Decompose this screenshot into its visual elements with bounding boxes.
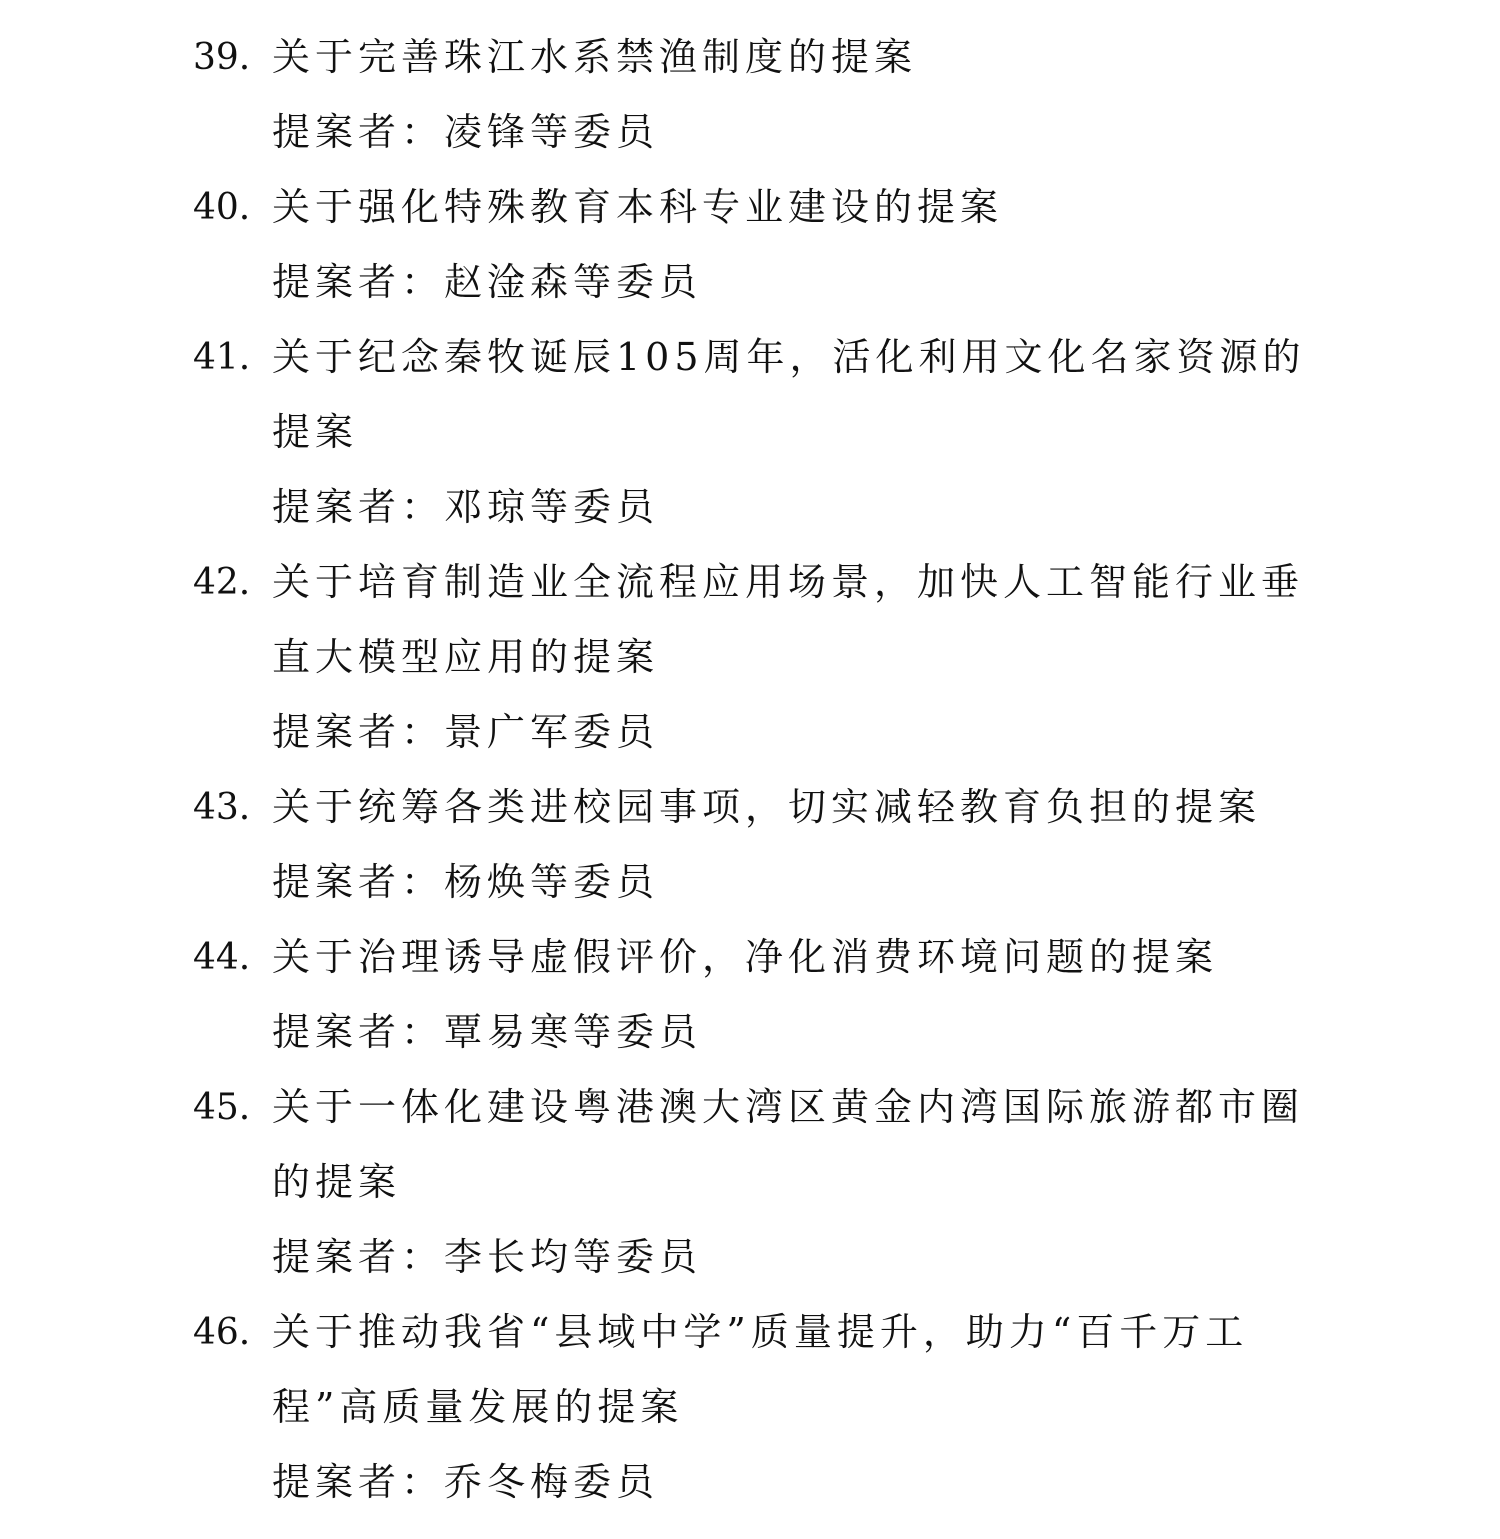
proposal-number: 39. [193,20,250,95]
proposal-title: 45. 关于一体化建设粤港澳大湾区黄金内湾国际旅游都市圈 [0,1070,1500,1145]
proposal-title-text: 关于完善珠江水系禁渔制度的提案 [272,20,917,95]
proposal-title-text: 程”高质量发展的提案 [272,1370,683,1445]
proposal-title-text: 关于一体化建设粤港澳大湾区黄金内湾国际旅游都市圈 [272,1070,1304,1145]
proposer-text: 提案者：邓琼等委员 [272,470,659,545]
proposal-title: 43. 关于统筹各类进校园事项，切实减轻教育负担的提案 [0,770,1500,845]
proposal-title-continuation: 直大模型应用的提案 [0,620,1500,695]
proposer-line: 提案者：乔冬梅委员 [0,1445,1500,1520]
proposer-text: 提案者：覃易寒等委员 [272,995,702,1070]
proposer-line: 提案者：赵淦森等委员 [0,245,1500,320]
proposer-line: 提案者：凌锋等委员 [0,95,1500,170]
proposal-title-continuation: 程”高质量发展的提案 [0,1370,1500,1445]
proposer-line: 提案者：邓琼等委员 [0,470,1500,545]
proposal-title-text: 关于推动我省“县域中学”质量提升，助力“百千万工 [272,1295,1248,1370]
proposal-number: 44. [193,920,250,995]
proposal-title-text: 直大模型应用的提案 [272,620,659,695]
proposal-title: 40. 关于强化特殊教育本科专业建设的提案 [0,170,1500,245]
proposer-line: 提案者：李长均等委员 [0,1220,1500,1295]
proposal-title: 39. 关于完善珠江水系禁渔制度的提案 [0,20,1500,95]
proposal-title-continuation: 提案 [0,395,1500,470]
proposal-title-text: 提案 [272,395,358,470]
proposer-text: 提案者：杨焕等委员 [272,845,659,920]
proposal-number: 43. [193,770,250,845]
proposal-title-text: 的提案 [272,1145,401,1220]
proposal-number: 42. [193,545,250,620]
proposer-text: 提案者：赵淦森等委员 [272,245,702,320]
proposal-number: 46. [193,1295,250,1370]
proposal-title-text: 关于治理诱导虚假评价，净化消费环境问题的提案 [272,920,1218,995]
proposer-text: 提案者：凌锋等委员 [272,95,659,170]
proposal-title: 46. 关于推动我省“县域中学”质量提升，助力“百千万工 [0,1295,1500,1370]
proposer-text: 提案者：乔冬梅委员 [272,1445,659,1520]
proposer-line: 提案者：景广军委员 [0,695,1500,770]
proposal-title-text: 关于统筹各类进校园事项，切实减轻教育负担的提案 [272,770,1261,845]
proposer-text: 提案者：景广军委员 [272,695,659,770]
proposal-title-continuation: 的提案 [0,1145,1500,1220]
proposal-number: 40. [193,170,250,245]
proposer-line: 提案者：杨焕等委员 [0,845,1500,920]
proposal-number: 41. [193,320,250,395]
proposal-title-text: 关于培育制造业全流程应用场景，加快人工智能行业垂 [272,545,1304,620]
proposer-text: 提案者：李长均等委员 [272,1220,702,1295]
proposal-title-text: 关于强化特殊教育本科专业建设的提案 [272,170,1003,245]
proposal-number: 45. [193,1070,250,1145]
proposal-list: 39. 关于完善珠江水系禁渔制度的提案 提案者：凌锋等委员 40. 关于强化特殊… [0,20,1500,1520]
proposer-line: 提案者：覃易寒等委员 [0,995,1500,1070]
proposal-title-text: 关于纪念秦牧诞辰105周年，活化利用文化名家资源的 [272,320,1306,395]
proposal-title: 42. 关于培育制造业全流程应用场景，加快人工智能行业垂 [0,545,1500,620]
proposal-title: 41. 关于纪念秦牧诞辰105周年，活化利用文化名家资源的 [0,320,1500,395]
proposal-title: 44. 关于治理诱导虚假评价，净化消费环境问题的提案 [0,920,1500,995]
